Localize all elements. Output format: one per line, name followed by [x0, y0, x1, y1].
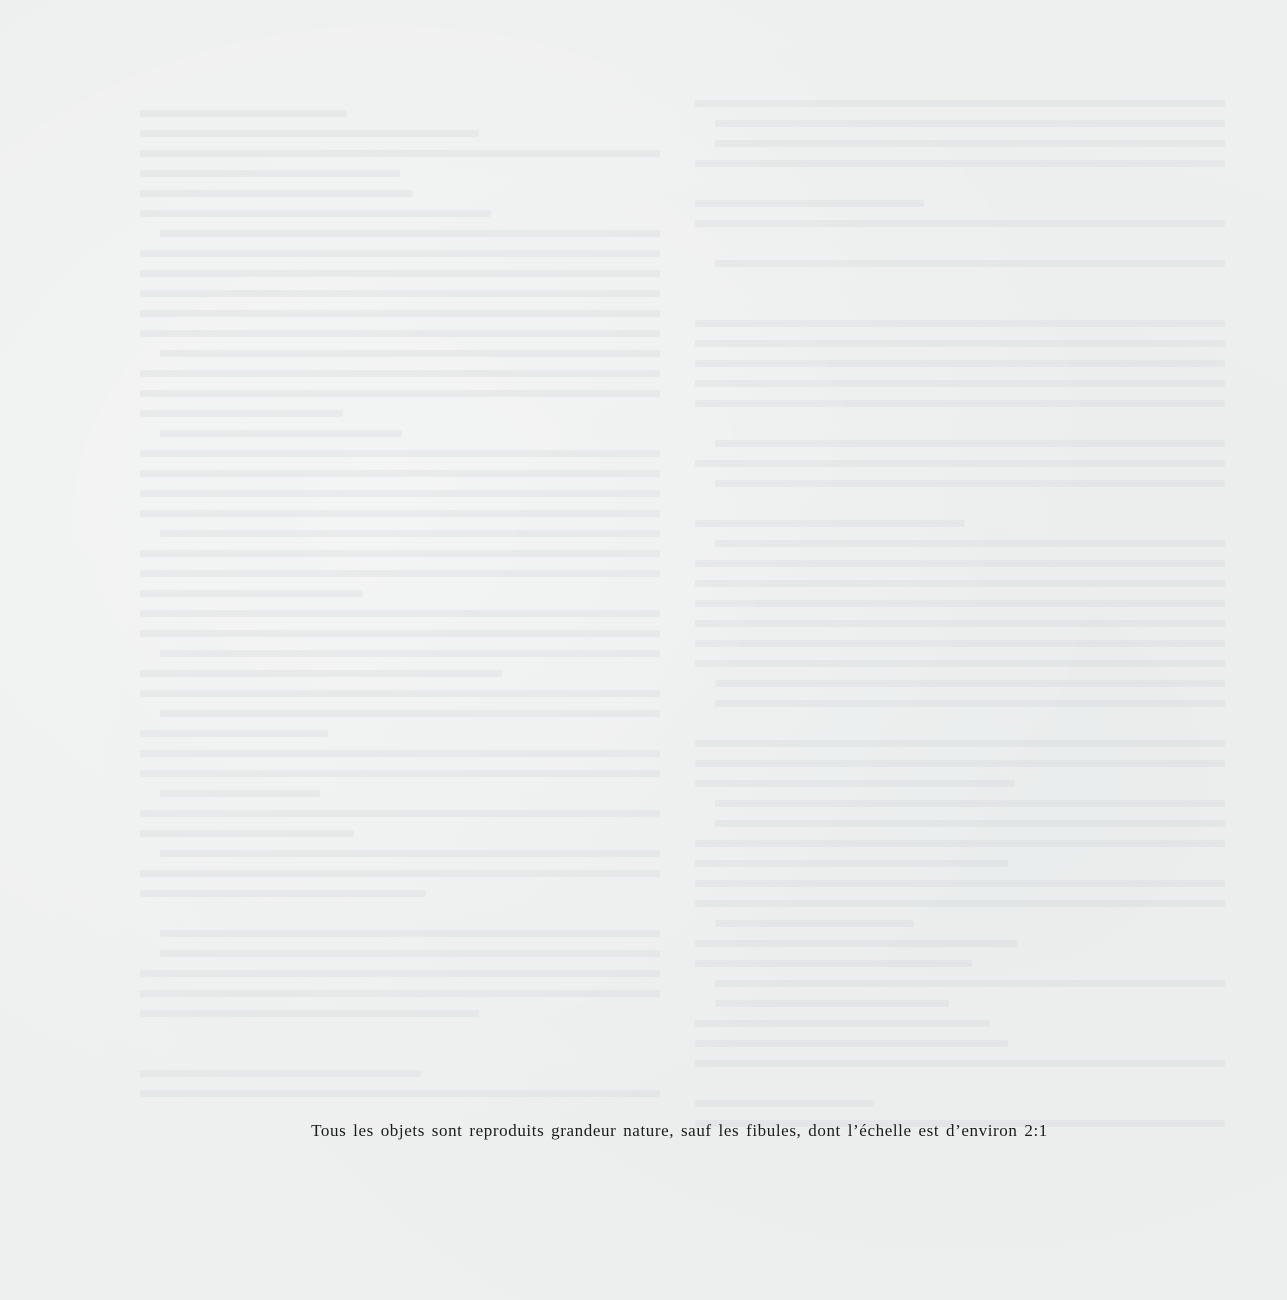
bleed-line	[695, 840, 1225, 847]
bleed-line	[140, 450, 660, 457]
bleed-line	[140, 770, 660, 777]
bleed-line	[140, 630, 660, 637]
bleed-line	[140, 870, 660, 877]
bleed-line	[695, 400, 1225, 407]
bleed-line	[140, 550, 660, 557]
bleed-line	[695, 600, 1225, 607]
bleed-line	[695, 460, 1225, 467]
bleed-line	[140, 130, 479, 137]
bleed-line	[695, 220, 1225, 227]
bleed-line	[140, 290, 660, 297]
bleed-line	[695, 100, 1225, 107]
bleed-line	[140, 1090, 660, 1097]
bleed-line	[695, 620, 1225, 627]
bleed-line	[160, 650, 660, 657]
bleed-line	[695, 320, 1225, 327]
bleed-line	[695, 1020, 990, 1027]
bleed-line	[140, 390, 660, 397]
bleed-line	[140, 490, 660, 497]
bleed-line	[715, 260, 1225, 267]
bleed-line	[160, 930, 660, 937]
bleed-line	[140, 210, 491, 217]
bleed-line	[140, 970, 660, 977]
bleed-line	[695, 640, 1225, 647]
bleed-line	[695, 560, 1225, 567]
bleed-line	[160, 230, 660, 237]
bleed-line	[140, 310, 660, 317]
bleed-line	[695, 960, 972, 967]
bleed-line	[695, 1040, 1008, 1047]
bleed-line	[140, 1070, 421, 1077]
bleed-line	[715, 1000, 949, 1007]
bleed-line	[160, 850, 660, 857]
bleed-line	[715, 120, 1225, 127]
bleed-line	[695, 200, 924, 207]
bleed-line	[695, 940, 1017, 947]
bleed-line	[140, 150, 660, 157]
bleed-line	[140, 570, 660, 577]
bleed-line	[695, 340, 1225, 347]
bleed-line	[695, 520, 965, 527]
bleed-line	[160, 530, 660, 537]
bleed-line	[140, 690, 660, 697]
bleed-line	[695, 660, 1225, 667]
bleed-line	[715, 920, 914, 927]
bleed-line	[140, 590, 363, 597]
bleed-line	[140, 1010, 479, 1017]
bleed-line	[140, 730, 328, 737]
bleed-line	[695, 360, 1225, 367]
bleed-line	[715, 440, 1225, 447]
bleed-line	[160, 430, 402, 437]
bleed-line	[160, 710, 660, 717]
bleed-line	[715, 540, 1225, 547]
bleed-line	[140, 990, 660, 997]
bleed-line	[140, 170, 400, 177]
bleed-line	[140, 830, 354, 837]
bleed-line	[695, 860, 1008, 867]
bleed-line	[140, 750, 660, 757]
bleed-line	[695, 1100, 874, 1107]
bleed-line	[140, 610, 660, 617]
bleed-line	[695, 900, 1225, 907]
bleed-line	[140, 510, 660, 517]
bleed-line	[695, 380, 1225, 387]
bleed-line	[140, 810, 660, 817]
bleed-line	[715, 980, 1225, 987]
bleed-line	[695, 1060, 1225, 1067]
page: Tous les objets sont reproduits grandeur…	[0, 0, 1287, 1300]
bleed-line	[695, 780, 1015, 787]
bleed-line	[140, 470, 660, 477]
bleed-line	[140, 370, 660, 377]
bleed-line	[715, 820, 1225, 827]
scale-caption: Tous les objets sont reproduits grandeur…	[0, 1121, 1287, 1141]
bleed-through-right-column	[695, 100, 1225, 1130]
bleed-line	[695, 740, 1225, 747]
bleed-line	[695, 580, 1225, 587]
bleed-line	[140, 110, 347, 117]
bleed-line	[140, 250, 660, 257]
bleed-line	[695, 760, 1225, 767]
bleed-line	[715, 680, 1225, 687]
bleed-through-left-column	[140, 110, 660, 1110]
bleed-line	[140, 190, 413, 197]
bleed-line	[715, 140, 1225, 147]
bleed-line	[715, 800, 1225, 807]
bleed-line	[695, 160, 1225, 167]
bleed-line	[140, 890, 426, 897]
bleed-line	[140, 330, 660, 337]
bleed-line	[160, 950, 660, 957]
bleed-line	[160, 350, 660, 357]
bleed-line	[695, 880, 1225, 887]
bleed-line	[715, 480, 1225, 487]
bleed-line	[140, 410, 343, 417]
bleed-line	[140, 670, 502, 677]
bleed-line	[715, 700, 1225, 707]
bleed-line	[140, 270, 660, 277]
bleed-line	[160, 790, 320, 797]
